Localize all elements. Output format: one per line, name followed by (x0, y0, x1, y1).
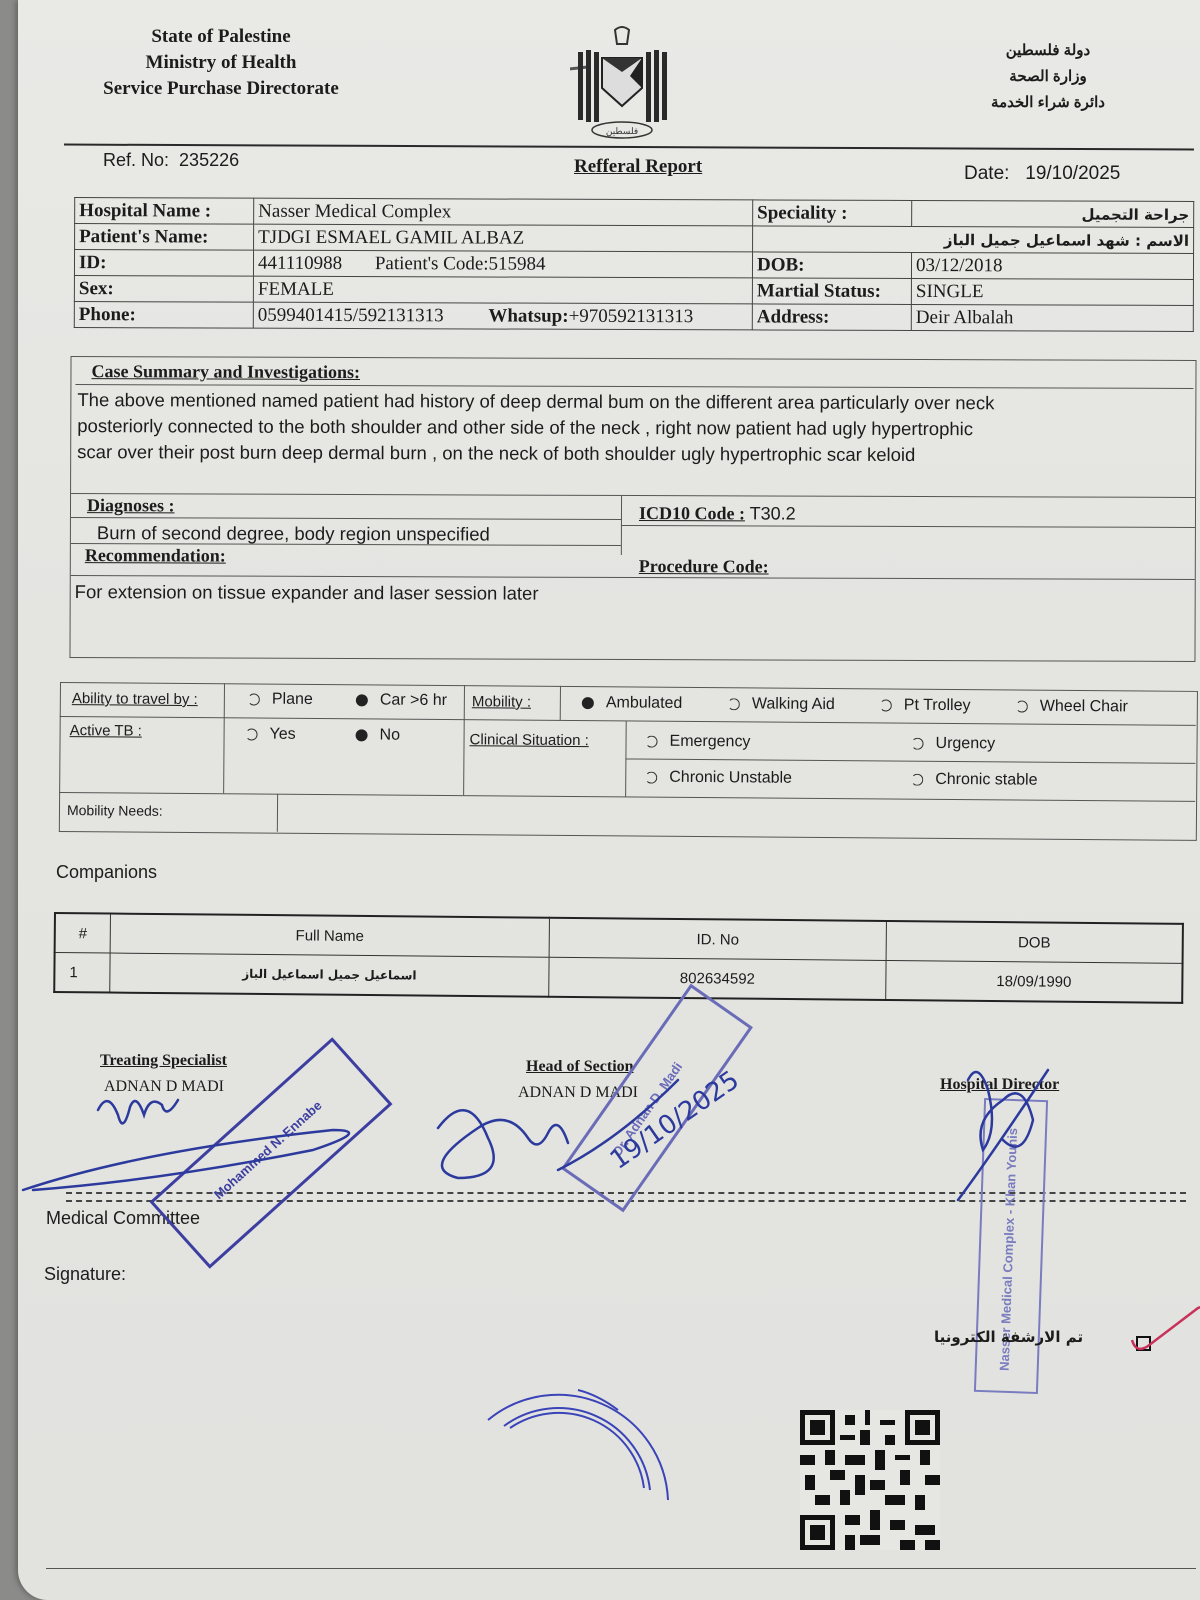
mobility-option-ambulated[interactable]: Ambulated (582, 694, 683, 713)
clinical-option-chronic-stable[interactable]: Chronic stable (911, 771, 1037, 790)
clinical-option-label: Emergency (669, 733, 750, 751)
id-label: ID: (74, 250, 253, 277)
ref-label: Ref. No: (103, 150, 169, 170)
col-header-full-name: Full Name (110, 914, 549, 958)
recommendation-value: For extension on tissue expander and las… (75, 579, 539, 607)
report-date: Date: 19/10/2025 (964, 163, 1120, 185)
header-state: State of Palestine (76, 24, 366, 50)
report-title: Refferal Report (574, 156, 702, 178)
referral-document: State of Palestine Ministry of Health Se… (18, 0, 1200, 1600)
icd-value: T30.2 (750, 503, 796, 523)
date-label: Date: (964, 163, 1009, 184)
radio-icon (880, 699, 892, 711)
date-value: 19/10/2025 (1025, 163, 1120, 184)
marital-status-label: Martial Status: (752, 278, 911, 305)
col-header-dob: DOB (886, 921, 1183, 963)
header-ministry-ar: وزارة الصحة (978, 64, 1118, 90)
radio-selected-icon (356, 729, 368, 741)
svg-text:فلسطين: فلسطين (606, 126, 638, 137)
clinical-option-emergency[interactable]: Emergency (645, 733, 750, 752)
header-directorate-ar: دائرة شراء الخدمة (978, 90, 1118, 116)
speciality-label: Speciality : (753, 200, 912, 227)
tb-option-yes[interactable]: Yes (246, 725, 296, 743)
case-line-3: scar over their post burn deep dermal bu… (77, 439, 994, 468)
marital-status-value: SINGLE (911, 278, 1193, 305)
case-summary-section: Case Summary and Investigations: The abo… (69, 356, 1196, 662)
patient-info-table: Hospital Name : Nasser Medical Complex S… (74, 197, 1194, 332)
radio-selected-icon (356, 694, 368, 706)
companions-table: # Full Name ID. No DOB 1 اسماعيل جميل اس… (53, 912, 1184, 1004)
radio-icon (246, 728, 258, 740)
companion-dob: 18/09/1990 (886, 960, 1183, 1002)
speciality-value: جراحة التجميل (912, 200, 1194, 227)
patient-name-label: Patient's Name: (75, 224, 254, 251)
diagnoses-label: Diagnoses : (87, 495, 175, 516)
id-cell: 441110988 Patient's Code:515984 (253, 250, 752, 278)
id-value: 441110988 (258, 252, 342, 273)
patient-code: Patient's Code:515984 (375, 253, 546, 275)
procedure-code-label: Procedure Code: (639, 556, 769, 577)
companion-name: اسماعيل جميل اسماعيل الباز (110, 953, 549, 997)
tb-option-label: Yes (270, 726, 296, 743)
sex-label: Sex: (74, 276, 253, 303)
clinical-option-label: Chronic Unstable (669, 769, 792, 787)
icd-code: ICD10 Code : T30.2 (639, 503, 796, 525)
mobility-needs-label: Mobility Needs: (67, 802, 163, 819)
col-header-num: # (55, 913, 111, 953)
tb-option-no[interactable]: No (356, 726, 401, 744)
mobility-label: Mobility : (472, 693, 531, 710)
companion-id: 802634592 (549, 957, 886, 1000)
clinical-option-urgency[interactable]: Urgency (911, 735, 995, 754)
diagnoses-top-divider (71, 493, 1195, 498)
archived-label: تم الارشفة الكترونيا (934, 1328, 1083, 1346)
header-arabic: دولة فلسطين وزارة الصحة دائرة شراء الخدم… (978, 38, 1118, 116)
clinical-option-label: Urgency (935, 735, 995, 752)
status-grid: Ability to travel by : Plane Car >6 hr M… (59, 682, 1198, 841)
travel-label: Ability to travel by : (72, 690, 198, 708)
travel-option-label: Plane (272, 691, 313, 708)
case-summary-text: The above mentioned named patient had hi… (77, 387, 994, 468)
ref-number: Ref. No: 235226 (103, 150, 239, 171)
companions-heading: Companions (56, 862, 157, 883)
header-state-ar: دولة فلسطين (978, 38, 1118, 64)
mobility-option-label: Wheel Chair (1040, 698, 1128, 716)
handwritten-signatures: 19/10/2025 (18, 1040, 1200, 1290)
travel-option-label: Car >6 hr (380, 692, 447, 710)
radio-icon (645, 771, 657, 783)
whatsapp-label: Whatsup: (488, 305, 568, 326)
travel-option-plane[interactable]: Plane (248, 690, 313, 709)
patient-name-arabic: الاسم : شهد اسماعيل جميل الباز (753, 226, 1194, 254)
recommendation-label: Recommendation: (85, 545, 226, 566)
phone-value: 0599401415/592131313 (258, 304, 444, 326)
header-ministry: Ministry of Health (76, 50, 366, 76)
clinical-situation-label: Clinical Situation : (469, 731, 588, 749)
radio-icon (911, 737, 923, 749)
check-mark-icon (1128, 1300, 1200, 1360)
clinical-option-chronic-unstable[interactable]: Chronic Unstable (645, 769, 792, 788)
mobility-option-label: Pt Trolley (904, 697, 971, 715)
round-stamp-icon (468, 1350, 688, 1550)
icd-label: ICD10 Code : (639, 503, 745, 523)
hospital-name-label: Hospital Name : (75, 198, 254, 225)
case-summary-heading: Case Summary and Investigations: (91, 361, 360, 383)
radio-icon (911, 773, 923, 785)
case-line-2: posteriorly connected to the both should… (77, 413, 994, 442)
whatsapp-value: +970592131313 (569, 305, 694, 326)
patient-name-value: TJDGI ESMAEL GAMIL ALBAZ (254, 224, 753, 252)
header-directorate: Service Purchase Directorate (76, 76, 366, 102)
radio-icon (646, 735, 658, 747)
hospital-name-value: Nasser Medical Complex (254, 198, 753, 226)
travel-option-car[interactable]: Car >6 hr (356, 691, 447, 710)
footer-rule (46, 1568, 1196, 1569)
col-header-id: ID. No (549, 918, 886, 961)
radio-icon (248, 693, 260, 705)
phone-cell: 0599401415/592131313 Whatsup:+9705921313… (253, 302, 752, 330)
header-english: State of Palestine Ministry of Health Se… (76, 24, 366, 102)
treating-signature (98, 1100, 178, 1123)
mobility-option-label: Walking Aid (752, 695, 835, 713)
radio-selected-icon (582, 697, 594, 709)
sex-value: FEMALE (253, 276, 752, 304)
ref-value: 235226 (179, 150, 239, 170)
active-tb-label: Active TB : (70, 722, 142, 740)
address-value: Deir Albalah (911, 304, 1193, 331)
head-signature (438, 1110, 568, 1178)
icd-divider (621, 525, 1195, 528)
mobility-option-walking-aid[interactable]: Walking Aid (728, 695, 835, 714)
palestine-eagle-emblem-icon: فلسطين (570, 22, 674, 142)
mobility-option-pt-trolley[interactable]: Pt Trolley (880, 696, 971, 715)
tb-option-label: No (380, 727, 401, 744)
qr-code-icon[interactable] (800, 1410, 940, 1550)
companion-num: 1 (54, 953, 110, 993)
case-line-1: The above mentioned named patient had hi… (77, 387, 994, 416)
dob-label: DOB: (752, 252, 911, 279)
phone-label: Phone: (74, 302, 253, 329)
mobility-option-wheel-chair[interactable]: Wheel Chair (1016, 698, 1128, 717)
address-label: Address: (752, 304, 911, 331)
radio-icon (728, 698, 740, 710)
radio-icon (1016, 700, 1028, 712)
dob-value: 03/12/2018 (911, 252, 1193, 279)
mobility-option-label: Ambulated (606, 694, 683, 712)
clinical-option-label: Chronic stable (935, 771, 1037, 789)
